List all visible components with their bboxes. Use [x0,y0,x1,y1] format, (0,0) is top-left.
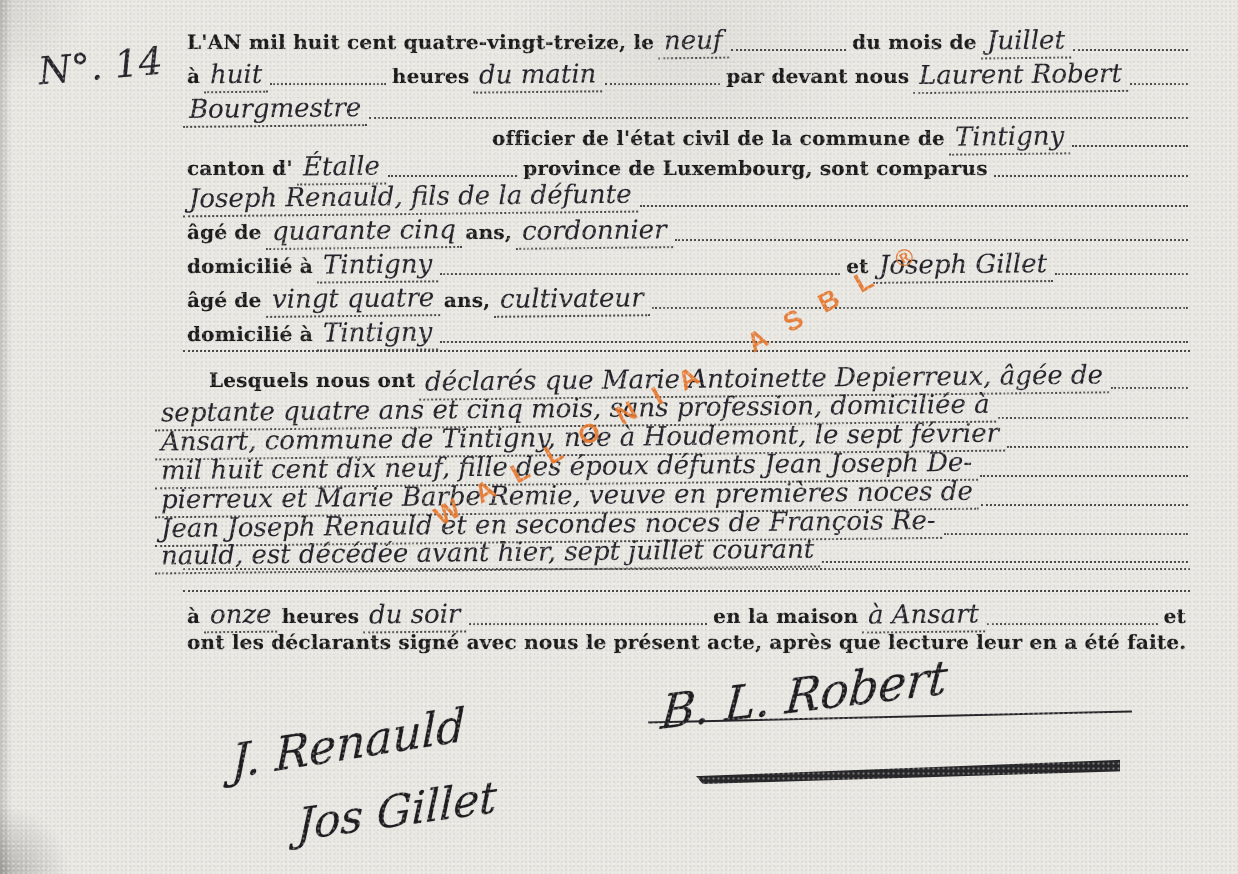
entry-officer-title: Bourgmestre [183,93,368,128]
printed-residing-label: domicilié à [183,254,317,278]
dotted-rule [605,81,720,85]
printed-before-us-label: par devant nous [722,64,913,88]
dotted-rule [652,305,1188,309]
printed-closing-sentence: ont les déclarants signé avec nous le pr… [183,630,1190,654]
entry-declarant2-occupation: cultivateur [494,283,650,318]
dotted-rule [981,502,1188,506]
dotted-rule [1007,444,1188,448]
printed-house-label: en la maison [709,604,862,628]
entry-death-time-of-day: du soir [363,599,467,633]
form-line-declarant2-residence: domicilié à Tintigny [183,318,1190,351]
dotted-rule [183,348,1190,352]
printed-years-label: ans, [461,220,516,244]
entry-death-hour: onze [204,600,278,634]
dotted-rule [440,271,840,275]
entry-declarant1-residence: Tintigny [317,249,439,283]
entry-declarant2-age: vingt quatre [265,283,440,318]
form-line-declarant1-age: âgé de quarante cinq ans, cordonnier [183,216,1190,249]
printed-hours-label: heures [278,604,364,628]
act-number: N°. 14 [36,39,164,94]
printed-at-label: à [183,64,204,88]
dotted-rule [998,415,1188,419]
entry-declarant2-residence: Tintigny [317,317,439,351]
signature-declarant-gillet: Jos Gillet [296,772,498,852]
form-line-hour-officer: à huit heures du matin par devant nous L… [183,60,1190,93]
printed-residing-label: domicilié à [183,322,317,346]
form-line-closing: ont les déclarants signé avec nous le pr… [183,630,1190,654]
signature-underline-stroke [696,756,1120,784]
dotted-rule [987,621,1157,625]
printed-aged-label: âgé de [183,220,266,244]
dotted-rule [388,173,518,177]
dotted-rule [822,559,1188,563]
entry-time-of-day: du matin [473,59,603,93]
form-line-declarant2-age: âgé de vingt quatre ans, cultivateur [183,284,1190,317]
registered-trademark-icon: ® [890,242,919,275]
entry-month: Juillet [980,26,1070,60]
dotted-rule [469,621,708,625]
entry-canton: Étalle [297,152,386,186]
entry-declarant1-occupation: cordonnier [516,215,673,250]
dotted-rule [270,81,385,85]
printed-canton-label: canton d' [183,156,297,180]
form-line-year-day: L'AN mil huit cent quatre-vingt-treize, … [183,26,1190,59]
death-record-scan: N°. 14 L'AN mil huit cent quatre-vingt-t… [0,0,1238,874]
signature-official: B. L. Robert [659,650,950,741]
entry-death-place: à Ansart [862,599,985,633]
printed-aged-label: âgé de [183,288,266,312]
printed-hours-label: heures [388,64,474,88]
printed-at-label: à [183,604,204,628]
dotted-rule [980,473,1188,477]
printed-years-label: ans, [440,288,495,312]
printed-year-label: L'AN mil huit cent quatre-vingt-treize, … [183,30,658,54]
printed-province-label: province de Luxembourg, sont comparus [519,156,992,180]
form-line-canton: canton d' Étalle province de Luxembourg,… [183,152,1190,185]
form-line-death-hour: à onze heures du soir en la maison à Ans… [183,600,1190,633]
dotted-rule [994,173,1188,177]
entry-officer-name: Laurent Robert [913,59,1128,94]
dotted-rule [731,47,846,51]
entry-commune: Tintigny [949,121,1071,155]
dotted-rule [1055,271,1188,275]
entry-declarant1-name: Joseph Renauld, fils de la défunte [183,180,638,218]
form-line-declarant1-residence: domicilié à Tintigny et Joseph Gillet [183,250,1190,283]
dotted-rule [183,566,1190,570]
printed-month-label: du mois de [848,30,981,54]
form-line-declarant1: Joseph Renauld, fils de la défunte [183,182,1190,215]
dotted-rule [440,339,1188,343]
dotted-rule [1073,47,1188,51]
dotted-rule [1072,143,1188,147]
printed-civil-officer-label: officier de l'état civil de la commune d… [488,126,949,150]
printed-and-label: et [1160,604,1190,628]
dotted-rule [1111,385,1188,389]
entry-hour: huit [204,60,269,94]
entry-declarant1-age: quarante cinq [265,215,461,250]
dotted-rule [369,115,1188,119]
signature-declarant-renauld: J. Renauld [231,697,466,789]
dotted-rule [640,203,1188,207]
dotted-rule [1130,81,1188,85]
printed-declaration-label: Lesquels nous ont [205,368,419,392]
dotted-rule [944,531,1188,535]
entry-day: neuf [658,26,729,60]
dotted-rule [183,588,1190,592]
form-line-commune: officier de l'état civil de la commune d… [488,122,1190,155]
